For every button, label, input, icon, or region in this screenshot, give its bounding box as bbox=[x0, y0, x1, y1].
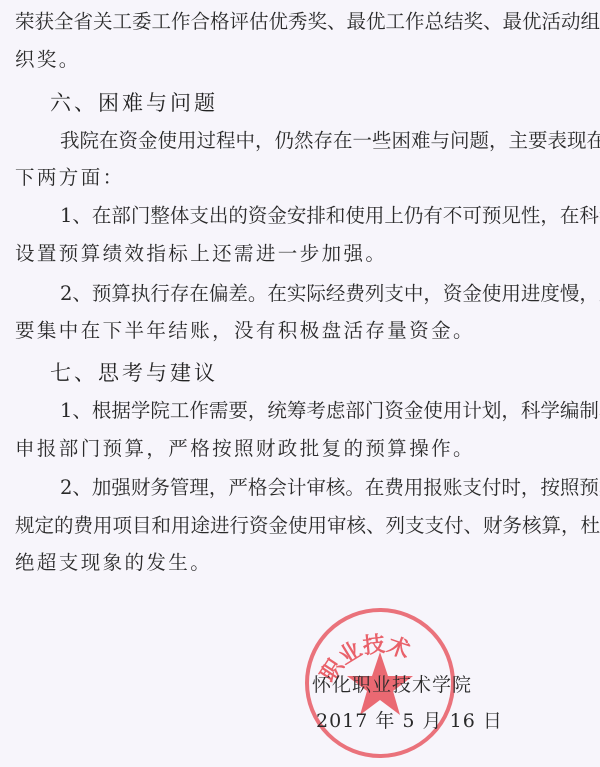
signature-date: 2017 年 5 月 16 日 bbox=[316, 706, 503, 733]
list-item-line: 规定的费用项目和用途进行资金使用审核、列支支付、财务核算，杜 bbox=[15, 514, 588, 538]
list-item-line: 绝超支现象的发生。 bbox=[15, 551, 588, 575]
list-item-line: 设置预算绩效指标上还需进一步加强。 bbox=[15, 242, 588, 266]
signature-organization: 怀化职业技术学院 bbox=[312, 670, 472, 697]
list-item-line: 2、预算执行存在偏差。在实际经费列支中，资金使用进度慢，主 bbox=[60, 282, 588, 306]
list-item-line: 1、根据学院工作需要，统筹考虑部门资金使用计划，科学编制、 bbox=[60, 399, 588, 423]
section-heading-difficulties: 六、困难与问题 bbox=[50, 91, 588, 115]
paragraph-line: 我院在资金使用过程中，仍然存在一些困难与问题，主要表现在以 bbox=[60, 129, 588, 153]
paragraph-line: 荣获全省关工委工作合格评估优秀奖、最优工作总结奖、最优活动组 bbox=[15, 10, 588, 34]
paragraph-line: 织奖。 bbox=[15, 48, 588, 72]
section-heading-suggestions: 七、思考与建议 bbox=[50, 361, 588, 385]
paragraph-line: 下两方面： bbox=[15, 166, 588, 190]
list-item-line: 申报部门预算，严格按照财政批复的预算操作。 bbox=[15, 437, 588, 461]
list-item-line: 要集中在下半年结账，没有积极盘活存量资金。 bbox=[15, 319, 588, 343]
list-item-line: 2、加强财务管理，严格会计审核。在费用报账支付时，按照预算 bbox=[60, 476, 588, 500]
list-item-line: 1、在部门整体支出的资金安排和使用上仍有不可预见性，在科学 bbox=[60, 204, 588, 228]
